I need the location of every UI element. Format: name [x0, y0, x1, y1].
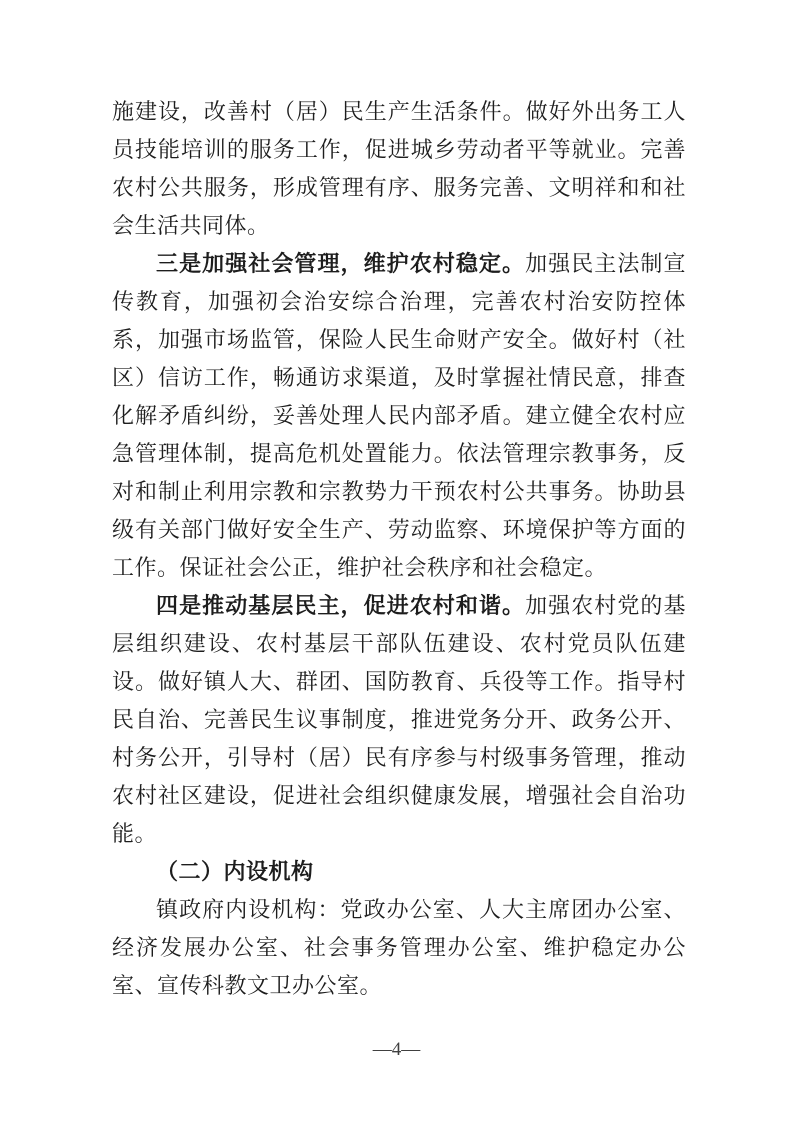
- paragraph-text: 施建设，改善村（居）民生产生活条件。做好外出务工人员技能培训的服务工作，促进城乡…: [112, 99, 686, 238]
- paragraph-lead: 三是加强社会管理，维护农村稳定。: [156, 251, 525, 276]
- paragraph-text: 镇政府内设机构：党政办公室、人大主席团办公室、经济发展办公室、社会事务管理办公室…: [112, 897, 686, 998]
- document-body: 施建设，改善村（居）民生产生活条件。做好外出务工人员技能培训的服务工作，促进城乡…: [112, 93, 686, 1005]
- paragraph-item-three: 三是加强社会管理，维护农村稳定。加强民主法制宣传教育，加强初会治安综合治理，完善…: [112, 245, 686, 587]
- paragraph-lead: 四是推动基层民主，促进农村和谐。: [156, 593, 525, 618]
- paragraph-text: 加强民主法制宣传教育，加强初会治安综合治理，完善农村治安防控体系，加强市场监管，…: [112, 251, 686, 580]
- paragraph-item-four: 四是推动基层民主，促进农村和谐。加强农村党的基层组织建设、农村基层干部队伍建设、…: [112, 587, 686, 853]
- page-number: —4—: [0, 1036, 793, 1064]
- section-heading-text: （二）内设机构: [156, 859, 314, 884]
- section-heading: （二）内设机构: [112, 853, 686, 891]
- paragraph-continuation: 施建设，改善村（居）民生产生活条件。做好外出务工人员技能培训的服务工作，促进城乡…: [112, 93, 686, 245]
- paragraph-internal-orgs: 镇政府内设机构：党政办公室、人大主席团办公室、经济发展办公室、社会事务管理办公室…: [112, 891, 686, 1005]
- paragraph-text: 加强农村党的基层组织建设、农村基层干部队伍建设、农村党员队伍建设。做好镇人大、群…: [112, 593, 686, 846]
- document-page: 施建设，改善村（居）民生产生活条件。做好外出务工人员技能培训的服务工作，促进城乡…: [0, 0, 793, 1122]
